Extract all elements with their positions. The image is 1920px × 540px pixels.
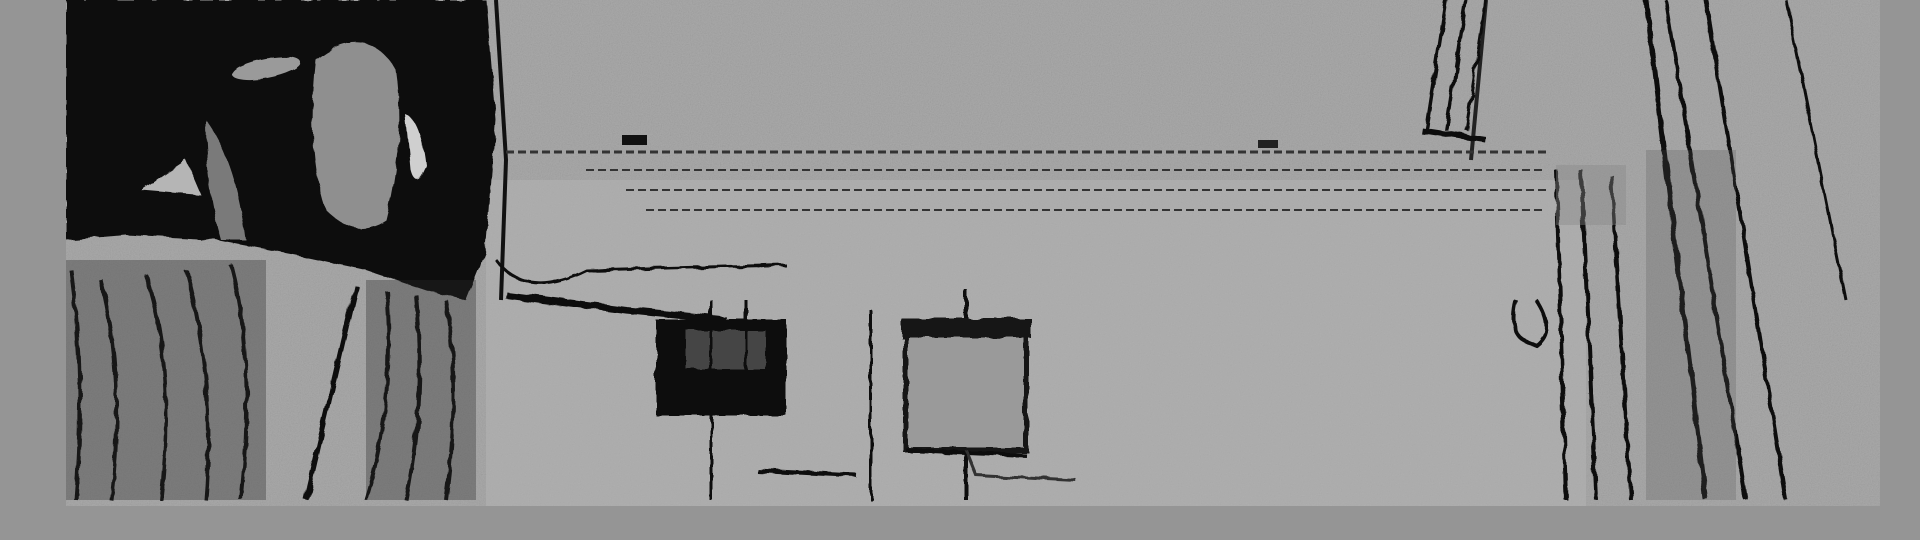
column-capital [1556,165,1626,225]
artwork-svg [66,0,1880,506]
drapery-texture [66,260,266,500]
column-shadow [1646,150,1736,500]
image-frame [0,0,1920,540]
artwork-print [66,0,1880,506]
wall-mark-right [1258,140,1278,148]
drapery-texture-right [366,280,476,500]
wall-mark-left [622,135,647,145]
lower-wall [486,180,1586,506]
